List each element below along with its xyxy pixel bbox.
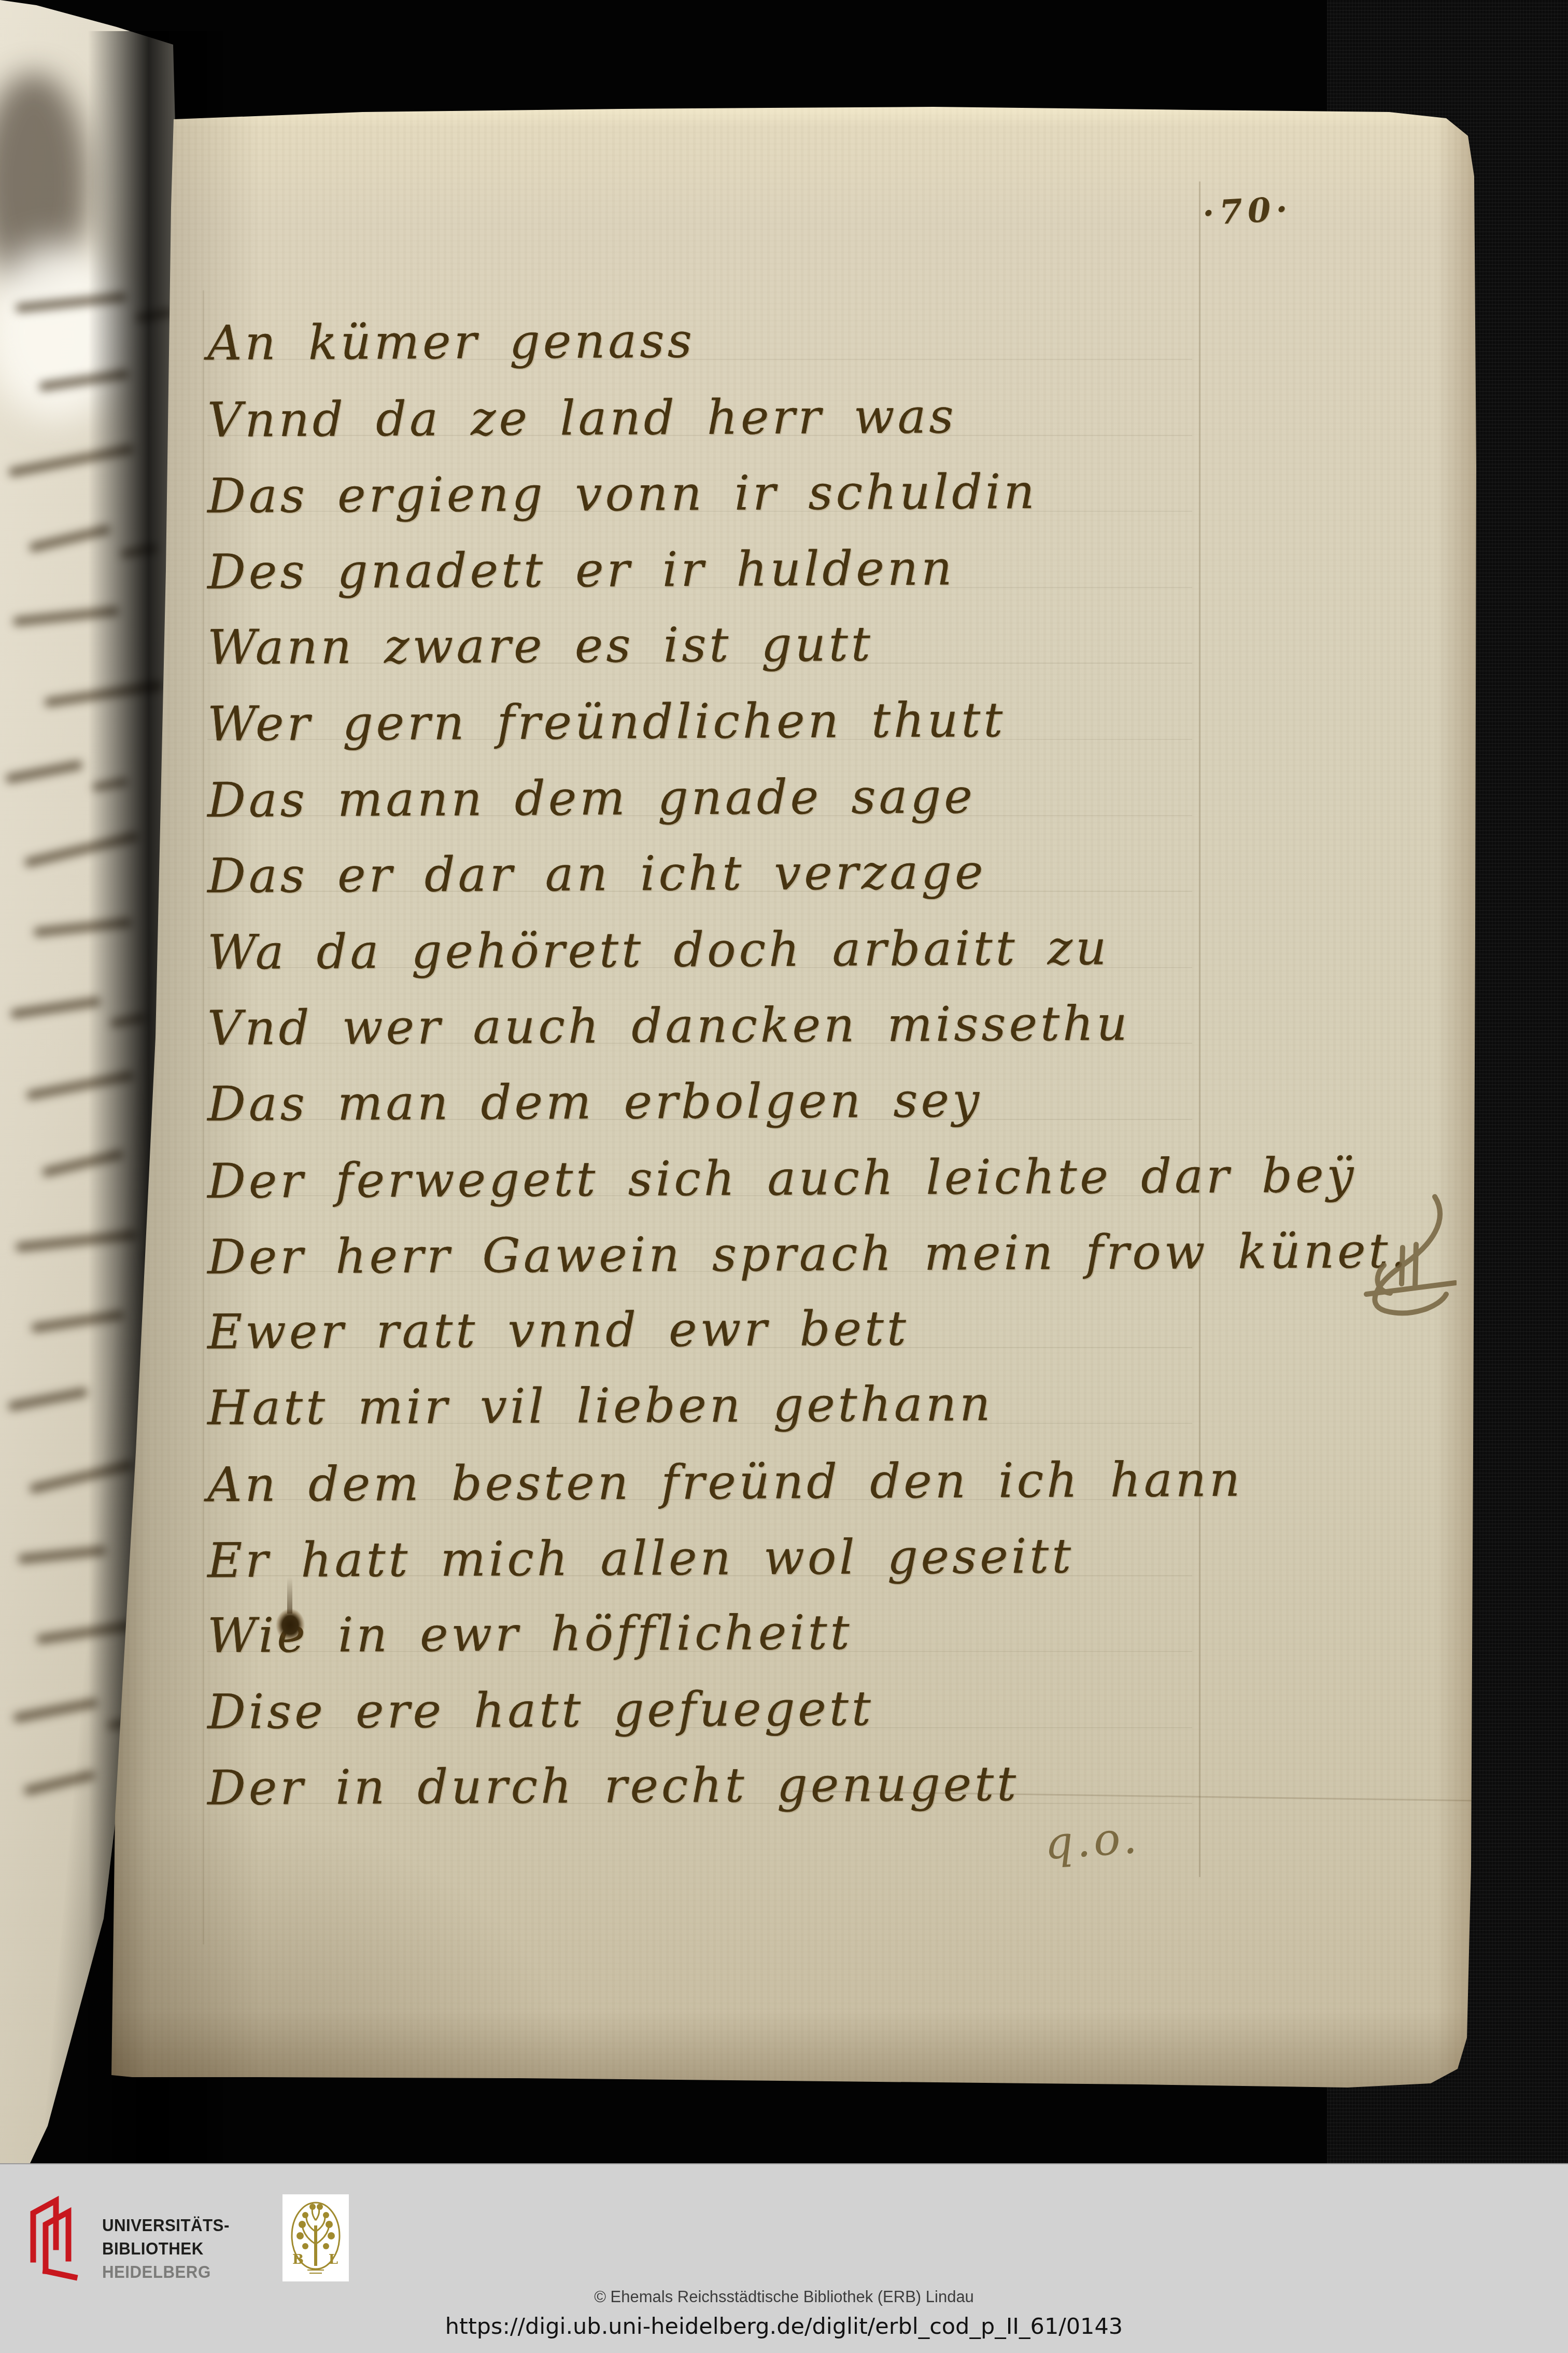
- seal-letter-l: L: [329, 2252, 338, 2267]
- ub-logo-line2: BIBLIOTHEK: [102, 2237, 230, 2261]
- ub-heidelberg-logo-text: UNIVERSITÄTS- BIBLIOTHEK HEIDELBERG: [102, 2214, 230, 2284]
- ub-heidelberg-logo-icon: [27, 2195, 94, 2284]
- lindau-library-seal: B L: [282, 2194, 349, 2281]
- seal-tree-icon: B L: [282, 2194, 349, 2281]
- library-footer-bar: UNIVERSITÄTS- BIBLIOTHEK HEIDELBERG: [0, 2163, 1568, 2353]
- seal-letter-b: B: [292, 2252, 304, 2267]
- copyright-credit: © Ehemals Reichsstädtische Bibliothek (E…: [0, 2288, 1568, 2306]
- page-shading-overlay: [93, 104, 1477, 2090]
- digitized-scan-viewport: An kümer genassVnnd da ze land herr wasD…: [0, 0, 1568, 2353]
- source-url-text: https://digi.ub.uni-heidelberg.de/diglit…: [0, 2314, 1568, 2340]
- manuscript-page: An kümer genassVnnd da ze land herr wasD…: [93, 104, 1477, 2090]
- ub-logo-line3: HEIDELBERG: [102, 2261, 230, 2284]
- ub-logo-line1: UNIVERSITÄTS-: [102, 2214, 230, 2237]
